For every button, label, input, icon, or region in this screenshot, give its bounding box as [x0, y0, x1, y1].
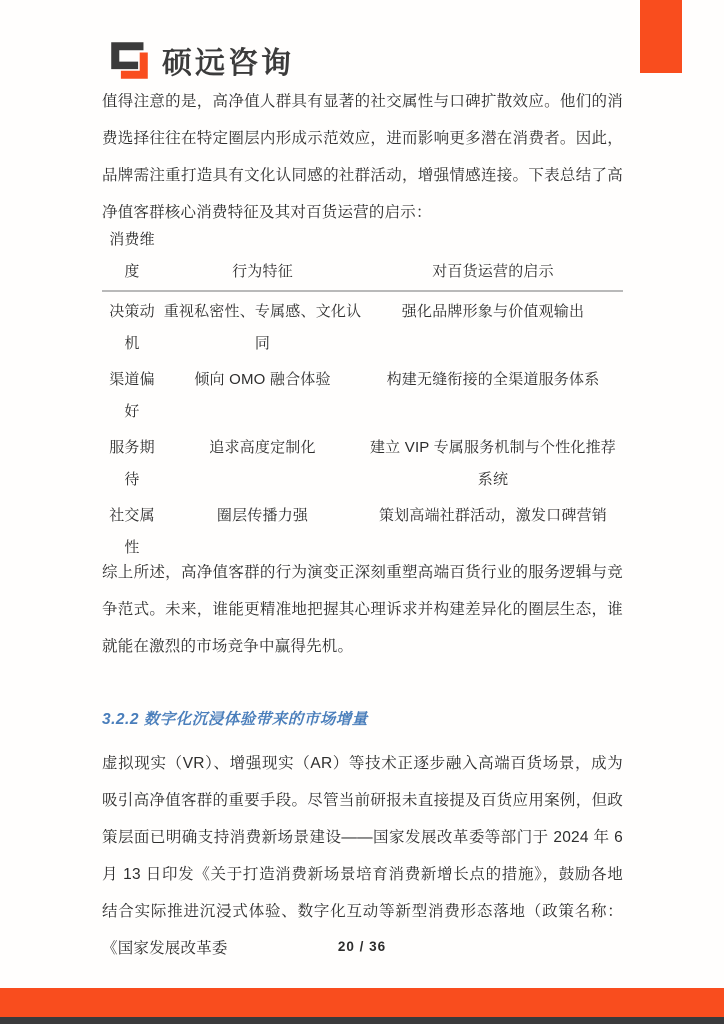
column-header-implication: 对百货运营的启示	[363, 224, 623, 291]
table-header-row: 消费维度 行为特征 对百货运营的启示	[102, 224, 623, 291]
brand-corner-rectangle	[640, 0, 682, 73]
logo-icon	[108, 39, 151, 82]
cell-dimension: 服务期待	[102, 428, 162, 496]
paragraph-social-attributes: 值得注意的是，高净值人群具有显著的社交属性与口碑扩散效应。他们的消费选择往往在特…	[102, 83, 623, 231]
footer-orange-bar	[0, 988, 724, 1017]
cell-implication: 建立 VIP 专属服务机制与个性化推荐系统	[363, 428, 623, 496]
paragraph-summary: 综上所述，高净值客群的行为演变正深刻重塑高端百货行业的服务逻辑与竞争范式。未来，…	[102, 554, 623, 665]
section-heading-3-2-2: 3.2.2 数字化沉浸体验带来的市场增量	[102, 707, 623, 729]
table-row: 决策动机 重视私密性、专属感、文化认同 强化品牌形象与价值观输出	[102, 291, 623, 360]
report-page: 硕远咨询 值得注意的是，高净值人群具有显著的社交属性与口碑扩散效应。他们的消费选…	[0, 0, 724, 1024]
consumption-feature-table: 消费维度 行为特征 对百货运营的启示 决策动机 重视私密性、专属感、文化认同 强…	[102, 224, 623, 564]
cell-behavior: 追求高度定制化	[162, 428, 363, 496]
paragraph-digital-immersion: 虚拟现实（VR）、增强现实（AR）等技术正逐步融入高端百货场景，成为吸引高净值客…	[102, 745, 623, 967]
footer-dark-bar	[0, 1017, 724, 1024]
table-row: 服务期待 追求高度定制化 建立 VIP 专属服务机制与个性化推荐系统	[102, 428, 623, 496]
page-number: 20 / 36	[0, 939, 724, 954]
cell-implication: 构建无缝衔接的全渠道服务体系	[363, 360, 623, 428]
table-row: 渠道偏好 倾向 OMO 融合体验 构建无缝衔接的全渠道服务体系	[102, 360, 623, 428]
cell-behavior: 重视私密性、专属感、文化认同	[162, 291, 363, 360]
company-logo: 硕远咨询	[108, 38, 294, 82]
column-header-behavior: 行为特征	[162, 224, 363, 291]
company-name: 硕远咨询	[162, 38, 294, 82]
cell-behavior: 倾向 OMO 融合体验	[162, 360, 363, 428]
cell-implication: 强化品牌形象与价值观输出	[363, 291, 623, 360]
cell-dimension: 渠道偏好	[102, 360, 162, 428]
column-header-dimension: 消费维度	[102, 224, 162, 291]
cell-dimension: 决策动机	[102, 291, 162, 360]
